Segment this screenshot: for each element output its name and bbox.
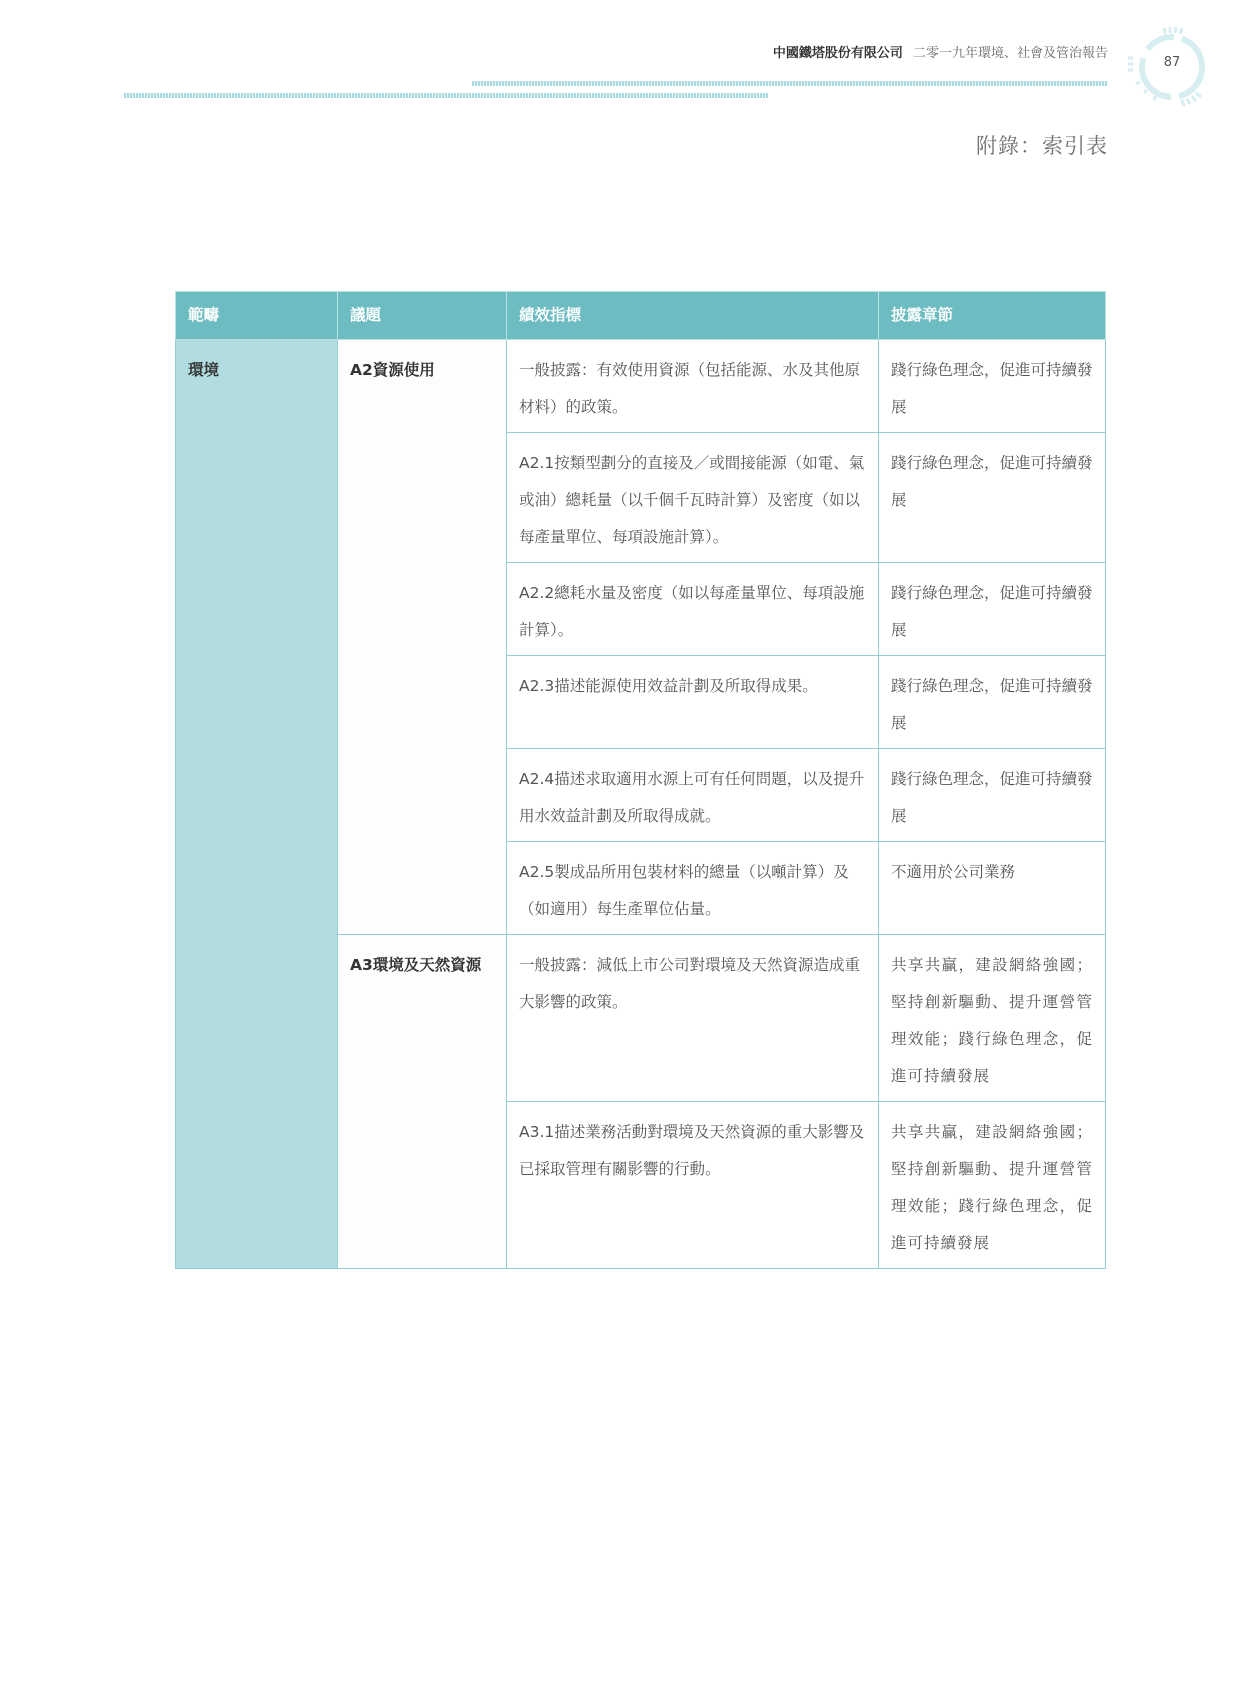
report-title: 二零一九年環境、社會及管治報告 [913,46,1108,61]
column-header-category: 範疇 [176,292,338,340]
decorative-stripe-top [472,81,1108,86]
topic-cell: A2資源使用 [338,340,507,935]
kpi-cell: 一般披露：減低上市公司對環境及天然資源造成重大影響的政策。 [507,935,879,1102]
kpi-cell: A2.3描述能源使用效益計劃及所取得成果。 [507,656,879,749]
disclosure-cell: 不適用於公司業務 [879,842,1106,935]
disclosure-cell: 踐行綠色理念，促進可持續發展 [879,749,1106,842]
table-row: 環境 A2資源使用 一般披露：有效使用資源（包括能源、水及其他原材料）的政策。 … [176,340,1106,433]
kpi-cell: A2.4描述求取適用水源上可有任何問題，以及提升用水效益計劃及所取得成就。 [507,749,879,842]
column-header-disclosure-section: 披露章節 [879,292,1106,340]
disclosure-cell: 踐行綠色理念，促進可持續發展 [879,563,1106,656]
kpi-cell: A2.2總耗水量及密度（如以每產量單位、每項設施計算）。 [507,563,879,656]
disclosure-cell: 踐行綠色理念，促進可持續發展 [879,340,1106,433]
kpi-cell: A3.1描述業務活動對環境及天然資源的重大影響及已採取管理有關影響的行動。 [507,1102,879,1269]
column-header-topic: 議題 [338,292,507,340]
index-table: 範疇 議題 績效指標 披露章節 環境 A2資源使用 一般披露：有效使用資源（包括… [175,291,1106,1269]
table-header-row: 範疇 議題 績效指標 披露章節 [176,292,1106,340]
decorative-stripe-bottom [124,93,768,98]
running-header: 中國鐵塔股份有限公司 二零一九年環境、社會及管治報告 [773,42,1108,61]
disclosure-cell: 共享共贏，建設網絡強國；堅持創新驅動、提升運營管理效能；踐行綠色理念，促進可持續… [879,1102,1106,1269]
category-cell: 環境 [176,340,338,1269]
kpi-cell: A2.5製成品所用包裝材料的總量（以噸計算）及（如適用）每生產單位佔量。 [507,842,879,935]
column-header-kpi: 績效指標 [507,292,879,340]
disclosure-cell: 踐行綠色理念，促進可持續發展 [879,433,1106,563]
topic-cell: A3環境及天然資源 [338,935,507,1269]
disclosure-cell: 共享共贏，建設網絡強國；堅持創新驅動、提升運營管理效能；踐行綠色理念，促進可持續… [879,935,1106,1102]
kpi-cell: 一般披露：有效使用資源（包括能源、水及其他原材料）的政策。 [507,340,879,433]
disclosure-cell: 踐行綠色理念，促進可持續發展 [879,656,1106,749]
page-number: 87 [1152,55,1192,70]
section-title: 附錄：索引表 [976,130,1108,160]
company-name: 中國鐵塔股份有限公司 [773,46,903,61]
kpi-cell: A2.1按類型劃分的直接及／或間接能源（如電、氣或油）總耗量（以千個千瓦時計算）… [507,433,879,563]
